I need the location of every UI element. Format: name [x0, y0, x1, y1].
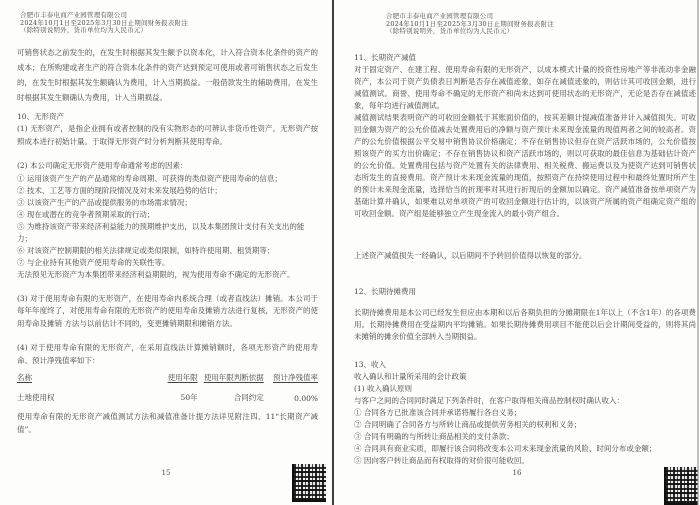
table-row: 土地使用权 50年 合同约定 0.00%: [17, 383, 318, 403]
list-item: ⑤ 因向客户转让商品而有权取得的对价很可能收回。: [354, 455, 696, 467]
section10-p2-intro: (2) 本公司确定无形资产使用寿命通常考虑的因素：: [17, 160, 318, 173]
page-header-right: 合肥市丰泰电商产业园管理有限公司 2024年10月1日至2025年3月30日止期…: [386, 13, 696, 36]
cell-residual-rate: 0.00%: [264, 383, 318, 403]
section11-p2: 减值测试结果表明资产的可收回金额低于其账面价值的，按其差额计提减值准备并计入减值…: [354, 112, 696, 220]
list-item: ④ 合同具有商业实质，即履行该合同将改变本公司未来现金流量的风险、时间分布或金额…: [354, 443, 696, 455]
cell-useful-life: 50年: [131, 383, 197, 403]
cell-basis: 合同约定: [198, 383, 264, 403]
borrowing-costs-paragraph: 可销售状态之前发生的，在发生时根据其发生额予以资本化，计入符合资本化条件的资产的…: [17, 45, 318, 105]
list-item: ⑥ 对该资产控制期限的相关法律规定或类似限制，如特许使用期、租赁期等；: [17, 245, 318, 257]
section11-p1: 对于固定资产、在建工程、使用寿命有限的无形资产、以成本模式计量的投资性房地产等非…: [354, 64, 696, 112]
qr-code: [292, 464, 326, 502]
list-item: ⑦ 与企业持有其他资产使用寿命的关联性等。: [17, 257, 318, 269]
section10-p4: (4) 对于使用寿命有限的无形资产，在采用直线法计算摊销额时，各项无形资产的使用…: [17, 342, 318, 367]
page-number: 15: [0, 469, 332, 477]
section10-note: 使用寿命有限的无形资产减值测试方法和减值准备计提方法详见附注四、11“长期资产减…: [17, 411, 318, 436]
amortization-table: 名称 使用年限 使用年限判断依据 预计净残值率 土地使用权 50年 合同约定 0…: [17, 372, 318, 403]
section12-p1: 长期待摊费用是本公司已经发生但应由本期和以后各期负担的分摊期限在1年以上（不含1…: [354, 307, 696, 343]
list-item: ③ 合同有明确的与所转让商品相关的支付条款；: [354, 431, 696, 443]
page-edge-line: [697, 0, 699, 505]
col-header-name: 名称: [17, 372, 131, 383]
page-header-left: 合肥市丰泰电商产业园管理有限公司 2024年10月1日至2025年3月30日止期…: [20, 12, 318, 35]
list-item: ③ 以该资产生产的产品或提供服务的市场需求情况；: [17, 197, 318, 209]
qr-code: [664, 467, 698, 505]
list-item: ① 运用该资产生产的产品通常的寿命周期、可获得的类似资产使用寿命的信息；: [17, 173, 318, 185]
section13-policy-line: 收入确认和计量所采用的会计政策: [354, 371, 696, 383]
page-number: 16: [334, 469, 700, 477]
list-item: ④ 现在或潜在的竞争者预期采取的行动；: [17, 209, 318, 221]
section11-heading: 11、长期资产减值: [354, 52, 696, 65]
section11-p3: 上述资产减值损失一经确认，以后期间不予转回价值得以恢复的部分。: [354, 250, 696, 262]
section13-condition-intro: 与客户之间的合同同时满足下列条件时，在客户取得相关商品控制权时确认收入：: [354, 395, 696, 407]
section12-heading: 12、长期待摊费用: [354, 286, 696, 299]
currency-note: （除特别说明外，货币单位均为人民币元）: [386, 28, 696, 36]
list-item: ② 合同明确了合同各方与所转让商品或提供劳务相关的权利和义务；: [354, 419, 696, 431]
currency-note: （除特别说明外，货币单位均为人民币元）: [20, 27, 318, 35]
table-header-row: 名称 使用年限 使用年限判断依据 预计净残值率: [17, 372, 318, 383]
section13-sub1: (1) 收入确认原则: [354, 383, 696, 395]
col-header-basis: 使用年限判断依据: [198, 372, 264, 383]
section10-p2-note: 无法预见无形资产为本集团带来经济利益期限的，视为使用寿命不确定的无形资产。: [17, 269, 318, 281]
section10-p1: (1) 无形资产，是指企业拥有或者控制的没有实物形态的可辨认非货币性资产。无形资…: [17, 123, 318, 148]
col-header-residual-rate: 预计净残值率: [264, 372, 318, 383]
list-item: ⑤ 为维持该资产带来经济利益能力的预期维护支出，以及本集团预计支付有关支出的能力…: [17, 221, 318, 245]
cell-asset-name: 土地使用权: [17, 383, 131, 403]
page-16: 合肥市丰泰电商产业园管理有限公司 2024年10月1日至2025年3月30日止期…: [334, 0, 700, 505]
section10-heading: 10、无形资产: [17, 111, 318, 124]
section13-heading: 13、收入: [354, 359, 696, 372]
page-15: 合肥市丰泰电商产业园管理有限公司 2024年10月1日至2025年3月30日止期…: [0, 0, 332, 505]
document-canvas: 合肥市丰泰电商产业园管理有限公司 2024年10月1日至2025年3月30日止期…: [0, 0, 700, 505]
section10-p3: (3) 对于使用寿命有限的无形资产，在使用寿命内系统合理（或者直线法）摊销。本公…: [17, 293, 318, 331]
list-item: ① 合同各方已批准该合同并承诺将履行各自义务；: [354, 407, 696, 419]
list-item: ② 技术、工艺等方面的现阶段情况及对未来发展趋势的估计；: [17, 185, 318, 197]
col-header-useful-life: 使用年限: [131, 372, 197, 383]
